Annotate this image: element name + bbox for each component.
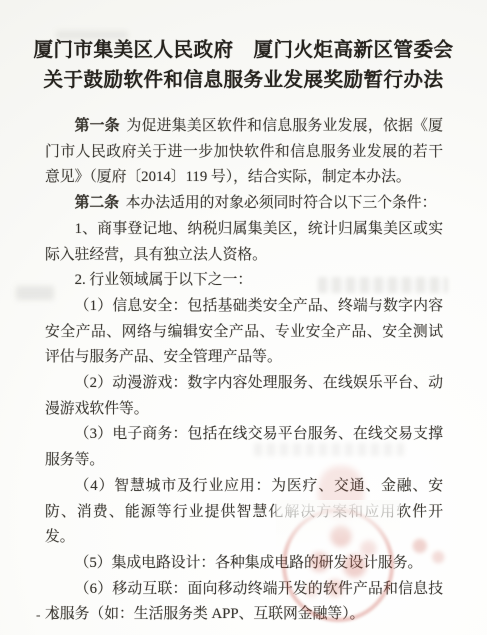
document-title-line-1: 厦门市集美区人民政府 厦门火炬高新区管委会 [0,36,487,66]
paragraph-text: 本办法适用的对象必须同时符合以下三个条件： [126,195,437,211]
seal-inner-marks [290,514,388,614]
paragraph-text: 1、商事登记地、纳税归属集美区，统计归属集美区或实际入驻经营，具有独立法人资格。 [45,221,443,263]
seal-ink-specks [408,534,450,568]
body-paragraph: 2. 行业领域属于以下之一： [45,268,443,294]
paragraph-text: 2. 行业领域属于以下之一： [75,272,253,288]
body-paragraph: 1、商事登记地、纳税归属集美区，统计归属集美区或实际入驻经营，具有独立法人资格。 [45,217,443,268]
document-title-line-2: 关于鼓励软件和信息服务业发展奖励暂行办法 [0,66,487,96]
body-paragraph: （3）电子商务：包括在线交易平台服务、在线交易支撑服务等。 [45,422,443,473]
paragraph-text: （1）信息安全：包括基础类安全产品、终端与数字内容安全产品、网络与编辑安全产品、… [45,298,443,365]
body-paragraph: （2）动漫游戏：数字内容处理服务、在线娱乐平台、动漫游戏软件等。 [45,371,443,422]
body-paragraph: 第二条本办法适用的对象必须同时符合以下三个条件： [45,191,443,217]
body-paragraph: （1）信息安全：包括基础类安全产品、终端与数字内容安全产品、网络与编辑安全产品、… [45,294,443,371]
clause-lead: 第一条 [75,118,120,134]
document-title: 厦门市集美区人民政府 厦门火炬高新区管委会 关于鼓励软件和信息服务业发展奖励暂行… [0,0,487,96]
body-paragraph: 第一条为促进集美区软件和信息服务业发展，依据《厦门市人民政府关于进一步加快软件和… [45,114,443,191]
paragraph-text: （2）动漫游戏：数字内容处理服务、在线娱乐平台、动漫游戏软件等。 [45,375,443,417]
clause-lead: 第二条 [75,195,119,211]
page-number: - 2 - [36,607,79,623]
scanned-document-page: 厦门市集美区人民政府 厦门火炬高新区管委会 关于鼓励软件和信息服务业发展奖励暂行… [0,0,487,635]
paragraph-text: （3）电子商务：包括在线交易平台服务、在线交易支撑服务等。 [45,426,443,468]
